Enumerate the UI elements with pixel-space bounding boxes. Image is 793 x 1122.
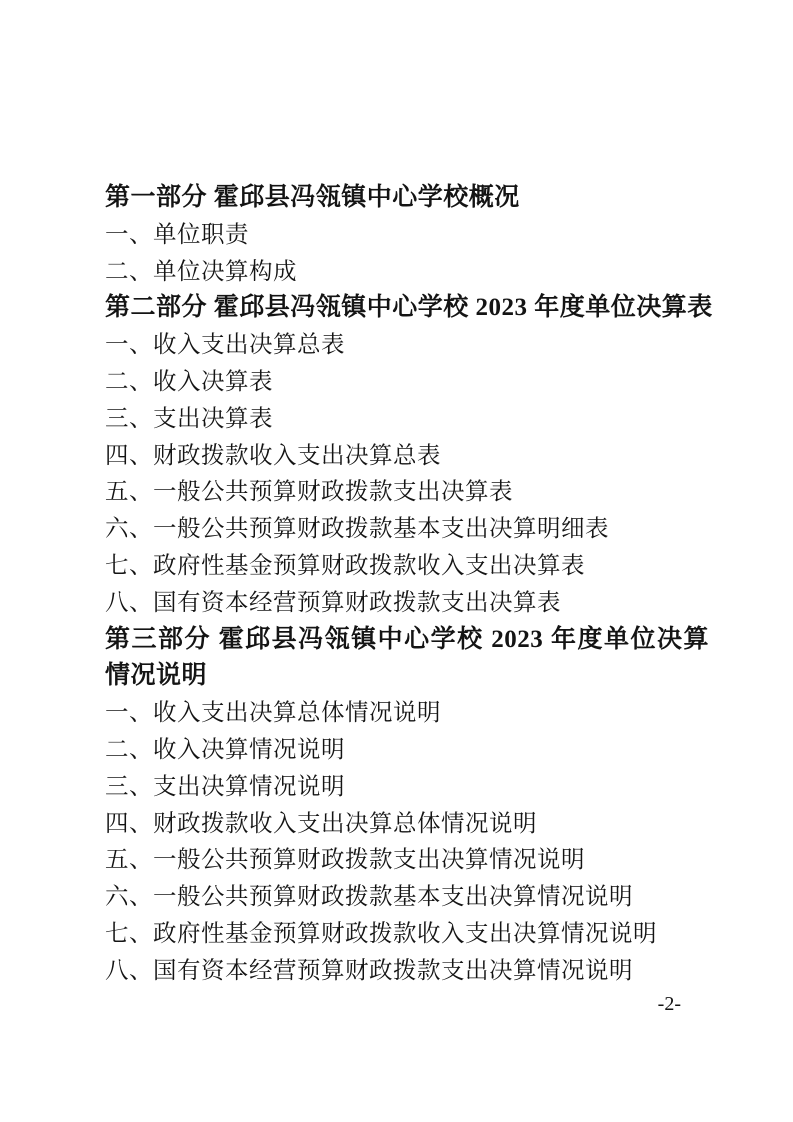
toc-item: 八、国有资本经营预算财政拨款支出决算表 <box>105 585 709 622</box>
toc-item: 二、收入决算表 <box>105 364 709 401</box>
toc-item: 三、支出决算情况说明 <box>105 769 709 806</box>
section-1-heading: 第一部分 霍邱县冯瓴镇中心学校概况 <box>105 180 709 217</box>
toc-item: 三、支出决算表 <box>105 401 709 438</box>
toc-item: 一、单位职责 <box>105 217 709 254</box>
toc-item: 一、收入支出决算总表 <box>105 327 709 364</box>
section-2-heading: 第二部分 霍邱县冯瓴镇中心学校 2023 年度单位决算表 <box>105 290 709 327</box>
toc-item: 七、政府性基金预算财政拨款收入支出决算表 <box>105 548 709 585</box>
toc-item: 四、财政拨款收入支出决算总体情况说明 <box>105 806 709 843</box>
section-3-heading: 第三部分 霍邱县冯瓴镇中心学校 2023 年度单位决算情况说明 <box>105 622 709 696</box>
toc-item: 二、单位决算构成 <box>105 254 709 291</box>
toc-item: 四、财政拨款收入支出决算总表 <box>105 438 709 475</box>
toc-item: 八、国有资本经营预算财政拨款支出决算情况说明 <box>105 953 709 990</box>
toc-item: 五、一般公共预算财政拨款支出决算表 <box>105 474 709 511</box>
page-number: -2- <box>658 992 681 1016</box>
toc-item: 七、政府性基金预算财政拨款收入支出决算情况说明 <box>105 916 709 953</box>
toc-item: 六、一般公共预算财政拨款基本支出决算明细表 <box>105 511 709 548</box>
toc-item: 二、收入决算情况说明 <box>105 732 709 769</box>
toc-item: 五、一般公共预算财政拨款支出决算情况说明 <box>105 842 709 879</box>
document-page: 第一部分 霍邱县冯瓴镇中心学校概况 一、单位职责 二、单位决算构成 第二部分 霍… <box>0 0 793 1122</box>
table-of-contents: 第一部分 霍邱县冯瓴镇中心学校概况 一、单位职责 二、单位决算构成 第二部分 霍… <box>105 180 709 990</box>
toc-item: 一、收入支出决算总体情况说明 <box>105 695 709 732</box>
toc-item: 六、一般公共预算财政拨款基本支出决算情况说明 <box>105 879 709 916</box>
